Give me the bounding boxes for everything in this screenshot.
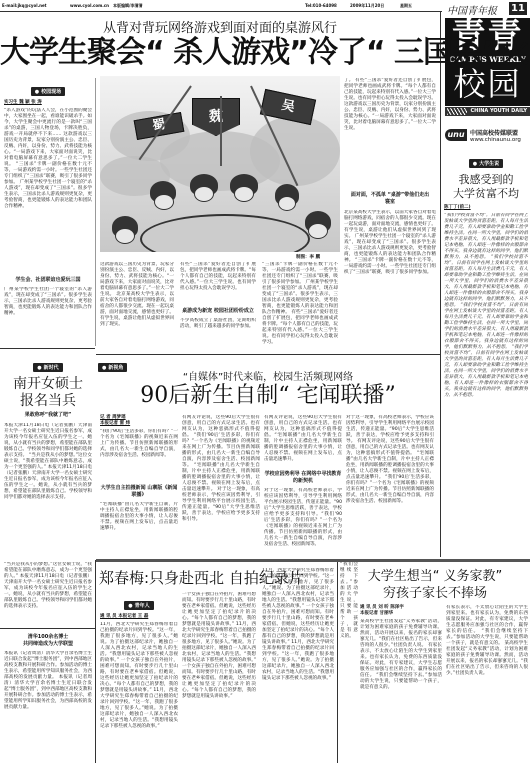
partner-name: 中国高校传媒联盟: [470, 128, 518, 137]
partner-block: unu 中国高校传媒联盟 www.chinaunu.org: [443, 126, 530, 148]
section-tag: 校园现场: [31, 87, 65, 96]
divider: [337, 562, 338, 763]
feature-kicker: “自媒体”时代来临，校园生活频现网络: [96, 368, 440, 383]
paper-name: 中国青年报: [447, 2, 497, 17]
feature-subhead-1: 大学生自主拍摄新闻 山寨版《新闻联播》: [100, 485, 178, 499]
feature-subhead-2: 学校应因势利导 在网络中寻找教育的新契机: [264, 471, 342, 485]
lead-headline: 大学生聚会“ 杀人游戏”冷了“ 三国杀”火了: [0, 34, 440, 72]
brief-tsinghua: 清华100余名博士 共同缔造成为大学联盟 本报讯（记者周清）清华大学百余名博士生…: [4, 634, 92, 762]
sidebar-body: “我们学校贫富不均”，日前有同学在网上发帖谈大学里的贫富差距。有人每月生活费几千…: [444, 213, 528, 260]
sidebar-headline-1: 我感受到的: [444, 173, 528, 187]
page-number: 11: [509, 2, 527, 15]
bottom-left-byline: 通 讯 员 本报记者 王 磊: [100, 614, 178, 620]
masthead-strip: E-mail:jkq@cyol.net www.cyol.com.cn 本版编辑…: [0, 0, 442, 12]
brief-headline-1: 南开女硕士: [4, 376, 92, 393]
sidebar-opinion: 大学生说 我感受到的 大学贫富不均 陈丁丁(前二) “我们学校贫富不均”，日前有…: [444, 150, 528, 560]
brief-subhead: 果敢称呼“我就了吧”: [4, 412, 92, 419]
feature-body-2: “宅闻联播”由几名大学新生自制，片中主持人正襟危坐，用新闻联播的腔调播报宿舍里的…: [100, 502, 178, 552]
brief-tag: 新时代: [33, 363, 62, 372]
brief2-headline-2: 共同缔造成为大学联盟: [4, 641, 92, 648]
masthead-phone: Tel:010-64098: [305, 3, 337, 8]
lead-col-1: 校园现场 实习生 魏 颖 张 涛 “杀人游戏”的玩法人人会，在小范围的聚会中，大…: [4, 78, 92, 337]
game-table: [140, 214, 310, 252]
illustration-caption: 制图：李 鹏: [296, 254, 320, 260]
divider: [95, 78, 96, 346]
bottom-right-byline-2: 本报记者 甘丽华: [360, 611, 442, 617]
bottom-left-headline: 郑春梅:只身赴西北 自拍纪录片: [96, 568, 266, 588]
divider: [440, 12, 441, 557]
divider: [95, 560, 96, 763]
bottom-left-body: 11月，西北大学研究生郑春梅带着自己拍摄的纪录片回到学校。“这一年，我跑了很多地…: [100, 622, 178, 663]
lead-col3-lead: 了。: [344, 78, 354, 83]
lead-body-2: 广州某学校学生社团一个寝室的“杀人游戏”，现在却变成了“三国杀”。很多学生表示，…: [4, 287, 92, 337]
partner-logo-icon: unu: [445, 129, 467, 141]
bottom-right-headline-1: 大学生想当“ 义务家教”: [340, 568, 530, 585]
masthead-email: E-mail:jkq@cyol.net: [2, 3, 47, 8]
brief-female-master: 新时代 南开女硕士 报名当兵 果敢称呼“我就了吧” 本报天津11月18日电（记者…: [4, 354, 92, 559]
lead-body-4: 有些“三国杀”爱好者还自创了扩展包，把同学老师也画成武将卡牌。“每个人都有自己的…: [180, 262, 256, 304]
sidebar-headline-2: 大学贫富不均: [444, 187, 528, 201]
bottom-left-tag: 青年人: [124, 601, 153, 610]
english-paper-name: CHINA YOUTH DAILY: [445, 107, 530, 116]
brief-headline-2: 报名当兵: [4, 393, 92, 410]
feature-body-1: “我们‘90后’生活多彩，你们有吗？”一个名为《宅闻联播》的视频近来在网上广为传…: [100, 429, 178, 481]
sidebar-author: 陈丁丁(前二): [444, 205, 528, 211]
partner-url[interactable]: www.chinaunu.org: [470, 137, 521, 143]
lead-subhead-2: 面对面，不孤单 “桌游”带他们走出寝室: [344, 192, 436, 206]
illustration-three-kingdoms: 蜀 魏 吴: [100, 76, 340, 252]
masthead-date: 2009年11月20日: [350, 3, 384, 9]
divider: [0, 628, 95, 629]
masthead-url: www.cyol.com.cn: [70, 3, 109, 8]
divider: [0, 348, 95, 349]
sidebar-tag: 大学生说: [469, 159, 503, 168]
bottom-right-headline-2: 穷孩子家长不捧场: [340, 585, 530, 602]
masthead-weekday: 星期五: [400, 3, 412, 9]
lead-subhead-1: 学生会、社团联谊也爱玩三国: [4, 277, 92, 284]
brief2-headline-1: 清华100余名博士: [4, 634, 92, 641]
feature-headline: 90后新生自制“ 宅闻联播”: [96, 382, 440, 410]
divider: [96, 559, 530, 562]
flag-wei: 魏: [192, 98, 240, 136]
feature-byline-2: 本报记者 雷 炜: [100, 421, 178, 427]
lead-subhead-3: 桌游成为新宠 校园社团纷纷成立: [180, 308, 256, 315]
lead-byline: 实习生 魏 颖 张 涛: [4, 100, 92, 106]
masthead-editor: 本版编辑/李清清: [113, 3, 142, 9]
divider: [96, 354, 440, 355]
section-title-bottom: 校园: [447, 66, 528, 102]
flag-wu: 吴: [260, 89, 316, 125]
